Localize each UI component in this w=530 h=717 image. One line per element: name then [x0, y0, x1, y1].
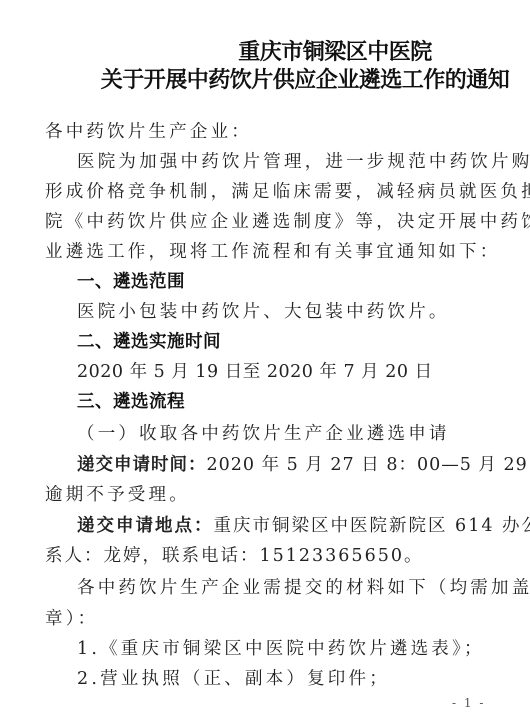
intro-line-2: 形成价格竞争机制，满足临床需要，减轻病员就医负担，根据医	[45, 181, 495, 203]
submit-place-value: 重庆市铜梁区中医院新院区 614 办公室，联	[214, 516, 530, 536]
subsection-heading-1: （一）收取各中药饮片生产企业遴选申请	[77, 423, 527, 445]
submit-time-label: 递交申请时间：	[77, 455, 207, 475]
submit-place-label: 递交申请地点：	[77, 516, 214, 536]
intro-line-3: 院《中药饮片供应企业遴选制度》等，决定开展中药饮片供应企	[45, 211, 495, 233]
submit-place-line: 递交申请地点：重庆市铜梁区中医院新院区 614 办公室，联	[77, 515, 527, 537]
submit-time-line: 递交申请时间：2020 年 5 月 27 日 8：00—5 月 29 日 18：…	[77, 454, 527, 476]
section-content-1: 医院小包装中药饮片、大包装中药饮片。	[77, 301, 527, 323]
submit-time-value: 2020 年 5 月 27 日 8：00—5 月 29 日 18：00，	[207, 455, 530, 475]
materials-item-1: 1.《重庆市铜梁区中医院中药饮片遴选表》；	[77, 638, 527, 660]
salutation: 各中药饮片生产企业：	[45, 121, 495, 143]
document-title-line-1: 重庆市铜梁区中医院	[70, 35, 530, 66]
document-title-line-2: 关于开展中药饮片供应企业遴选工作的通知	[40, 63, 530, 94]
section-heading-1: 一、遴选范围	[77, 271, 527, 293]
section-content-2: 2020 年 5 月 19 日至 2020 年 7 月 20 日	[77, 361, 527, 383]
intro-line-4: 业遴选工作，现将工作流程和有关事宜通知如下：	[45, 241, 495, 263]
materials-item-2: 2.营业执照（正、副本）复印件；	[77, 668, 527, 690]
materials-intro-line-2: 章）：	[45, 608, 495, 630]
page-number: - 1 -	[452, 696, 485, 710]
section-heading-3: 三、遴选流程	[77, 391, 527, 413]
section-heading-2: 二、遴选实施时间	[77, 331, 527, 353]
submit-time-continuation: 逾期不予受理。	[45, 484, 495, 506]
materials-intro-line-1: 各中药饮片生产企业需提交的材料如下（均需加盖单位鲜	[77, 577, 527, 599]
intro-line-1: 医院为加强中药饮片管理，进一步规范中药饮片购进行为，	[77, 151, 527, 173]
submit-place-continuation: 系人：龙婷，联系电话：15123365650。	[45, 545, 495, 567]
